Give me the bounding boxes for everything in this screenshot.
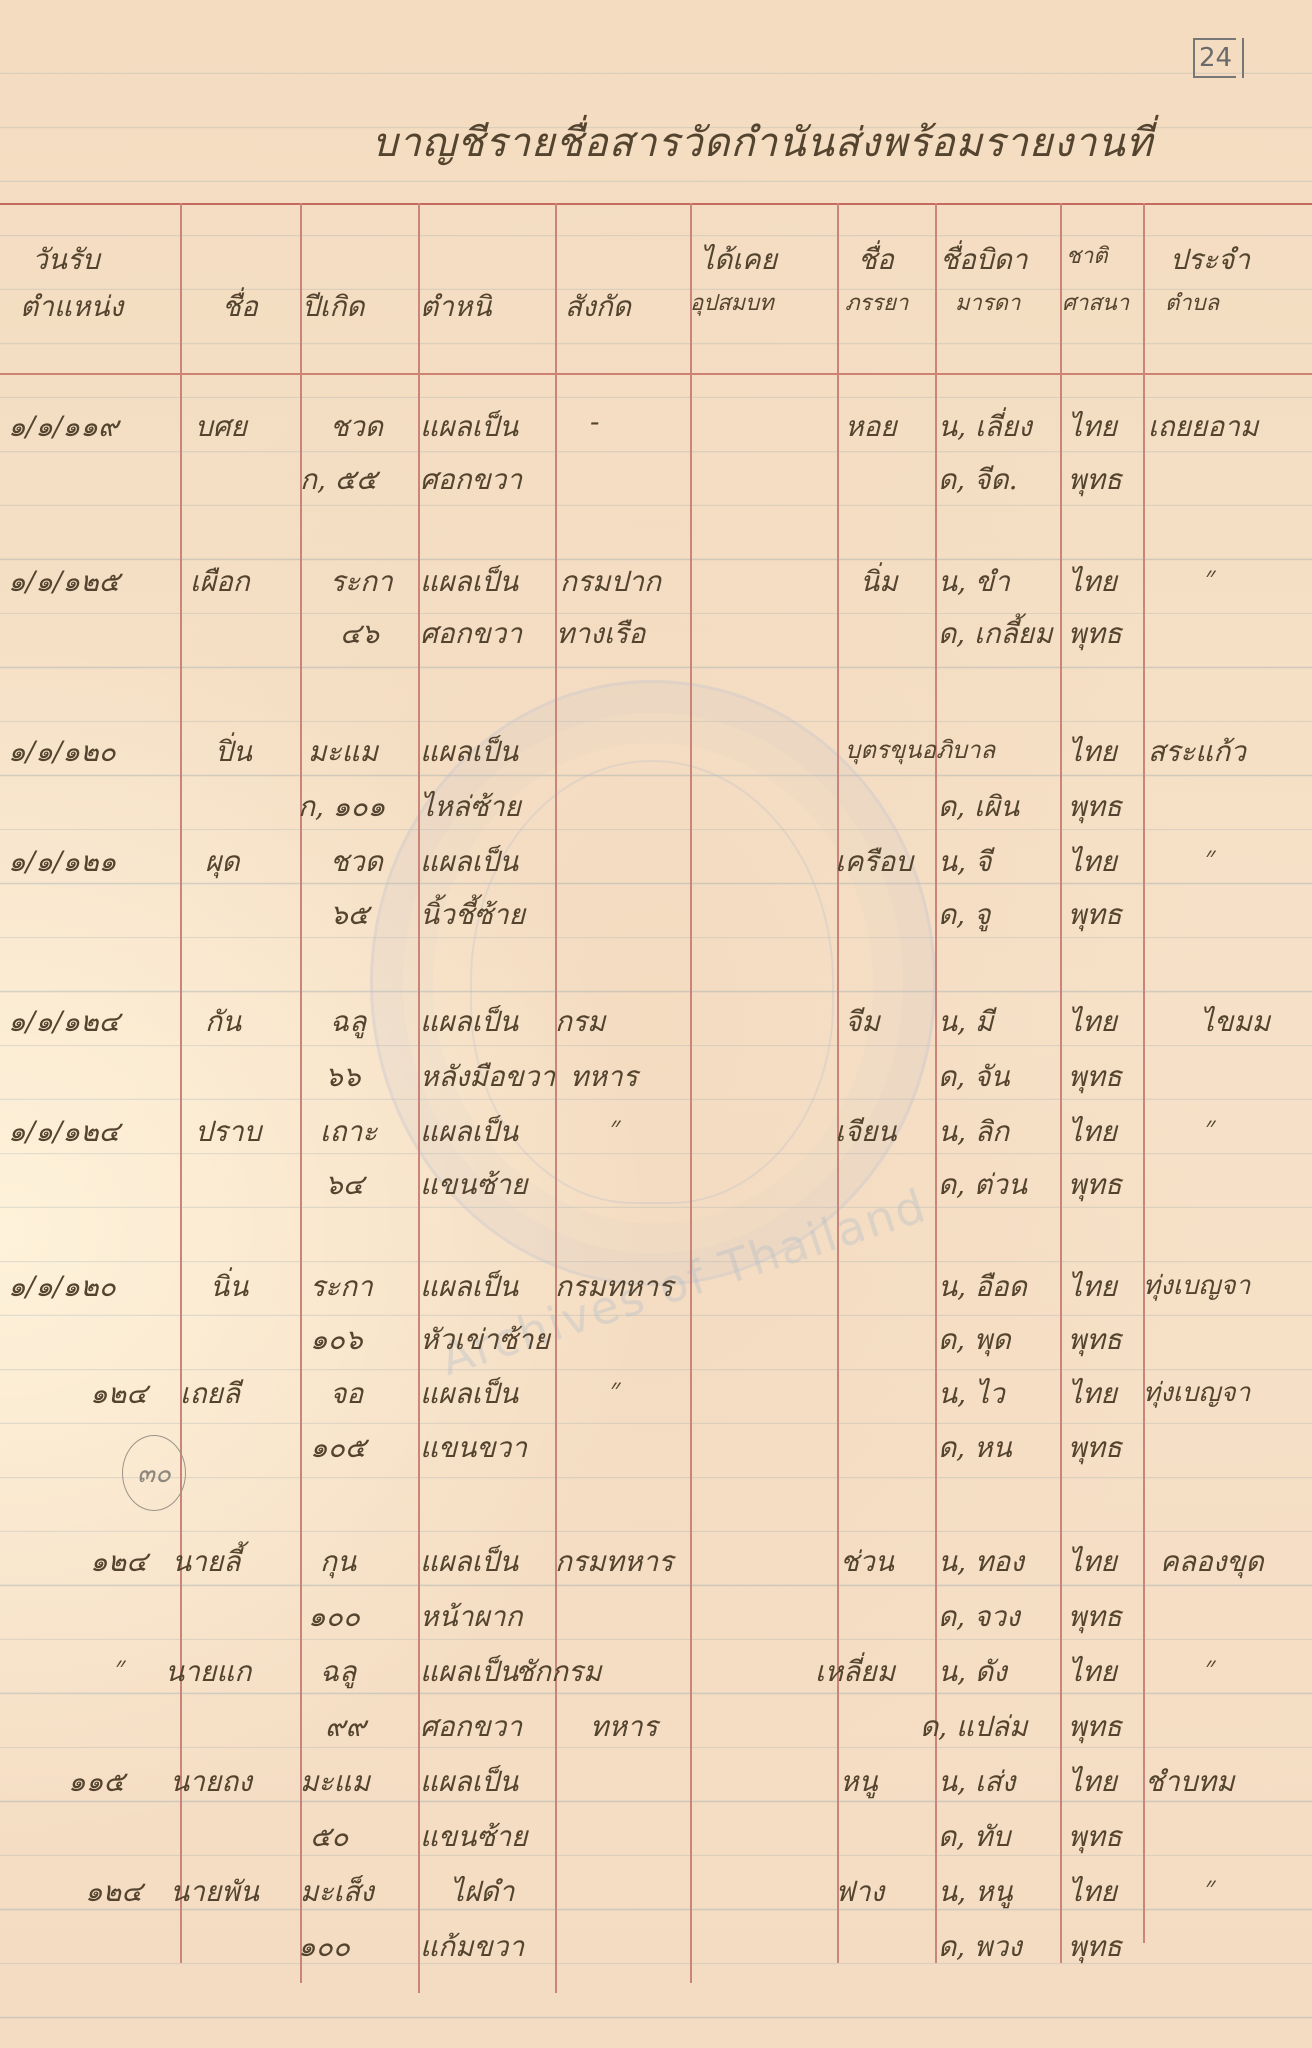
row-10-nationality: ไทย	[1068, 1650, 1117, 1694]
row-5-father: น, มี	[938, 1000, 993, 1044]
header-col-1-line1: วันรับ	[32, 238, 100, 282]
row-3-nationality: ไทย	[1068, 730, 1117, 774]
row-6-marks: แผลเป็น	[420, 1110, 518, 1154]
row-12-nationality: ไทย	[1068, 1870, 1117, 1914]
row-4-mother: ด, จู	[938, 893, 990, 937]
row-12-birth-year: มะเส็ง	[300, 1870, 374, 1914]
row-12-district: ״	[1205, 1870, 1216, 1904]
row-4-birth-year: ชวด	[330, 840, 383, 884]
row-8-affiliation: ״	[610, 1372, 621, 1406]
row-9-birth-year-2: ๑๐๐	[308, 1595, 360, 1639]
row-7-nationality: ไทย	[1068, 1265, 1117, 1309]
row-1-date: ๑/๑/๑๑๙	[8, 405, 118, 449]
row-2-nationality: ไทย	[1068, 560, 1117, 604]
row-5-religion: พุทธ	[1068, 1055, 1122, 1099]
row-5-marks: แผลเป็น	[420, 1000, 518, 1044]
row-2-affiliation-2: ทางเรือ	[556, 612, 645, 656]
row-11-district: ชำบทม	[1145, 1760, 1234, 1804]
column-divider	[1143, 203, 1145, 1943]
row-10-wife: เหลี่ยม	[815, 1650, 895, 1694]
header-col-affiliation: สังกัด	[565, 285, 631, 329]
row-5-affiliation: กรม	[555, 1000, 605, 1044]
row-10-birth-year-2: ๙๙	[325, 1705, 366, 1749]
row-8-mother: ด, หน	[938, 1426, 1012, 1470]
row-11-name: นายถง	[170, 1760, 252, 1804]
header-bottom-rule	[0, 373, 1312, 375]
row-2-wife: นิ่ม	[860, 560, 898, 604]
row-11-marks: แผลเป็น	[420, 1760, 518, 1804]
row-5-district: ไขมม	[1200, 1000, 1270, 1044]
header-col-ordained-line1: ได้เคย	[700, 238, 777, 282]
row-12-birth-year-2: ๑๐๐	[298, 1925, 350, 1969]
row-3-name: ปิ่น	[215, 730, 252, 774]
column-divider	[690, 203, 692, 1983]
row-10-affiliation-2: ทหาร	[590, 1705, 658, 1749]
row-1-father: น, เลี่ยง	[938, 405, 1032, 449]
row-8-district: ทุ่งเบญจา	[1143, 1372, 1250, 1413]
row-10-religion: พุทธ	[1068, 1705, 1122, 1749]
row-1-name: บศย	[195, 405, 247, 449]
row-7-marks: แผลเป็น	[420, 1265, 518, 1309]
row-5-name: กัน	[205, 1000, 241, 1044]
row-6-father: น, ลิก	[938, 1110, 1009, 1154]
row-7-district: ทุ่งเบญจา	[1143, 1265, 1250, 1306]
row-12-date: ๑๒๔	[85, 1870, 142, 1914]
row-1-wife: หอย	[845, 405, 897, 449]
row-8-religion: พุทธ	[1068, 1426, 1122, 1470]
row-8-nationality: ไทย	[1068, 1372, 1117, 1416]
header-col-ordained-line2: อุปสมบท	[690, 285, 774, 320]
row-10-father: น, ดัง	[938, 1650, 1007, 1694]
header-col-nationality-line2: ศาสนา	[1062, 285, 1129, 320]
row-1-marks-2: ศอกขวา	[420, 458, 522, 502]
row-8-birth-year: จอ	[330, 1372, 363, 1416]
row-7-birth-year: ระกา	[310, 1265, 373, 1309]
row-2-mother: ด, เกลี้ยม	[938, 612, 1053, 656]
column-divider	[935, 203, 937, 1963]
row-2-marks: แผลเป็น	[420, 560, 518, 604]
row-8-father: น, ไว	[938, 1372, 1005, 1416]
row-8-birth-year-2: ๑๐๕	[310, 1426, 366, 1470]
row-2-birth-year: ระกา	[330, 560, 393, 604]
row-11-nationality: ไทย	[1068, 1760, 1117, 1804]
row-3-marks-2: ไหล่ซ้าย	[420, 785, 521, 829]
row-10-mother: ด, แปล่ม	[920, 1705, 1027, 1749]
row-1-birth-year: ชวด	[330, 405, 383, 449]
page-number: 24	[1193, 38, 1236, 78]
header-col-parents-line1: ชื่อบิดา	[940, 238, 1028, 282]
row-12-father: น, หนู	[938, 1870, 1013, 1914]
row-10-name: นายแก	[165, 1650, 251, 1694]
row-6-name: ปราบ	[195, 1110, 261, 1154]
row-11-religion: พุทธ	[1068, 1815, 1122, 1859]
row-12-mother: ด, พวง	[938, 1925, 1022, 1969]
row-3-marks: แผลเป็น	[420, 730, 518, 774]
row-4-marks-2: นิ้วชี้ซ้าย	[420, 893, 525, 937]
row-5-mother: ด, จัน	[938, 1055, 1010, 1099]
row-2-district: ״	[1205, 560, 1216, 594]
header-col-wife-line1: ชื่อ	[858, 238, 894, 282]
row-4-wife: เครือบ	[835, 840, 913, 884]
column-divider	[1060, 203, 1062, 1963]
row-12-marks-2: แก้มขวา	[420, 1925, 524, 1969]
row-3-birth-year: มะแม	[308, 730, 378, 774]
row-7-religion: พุทธ	[1068, 1318, 1122, 1362]
margin-pencil-note: ๓๐	[122, 1435, 186, 1511]
row-9-marks: แผลเป็น	[420, 1540, 518, 1584]
page-title: บาญชีรายชื่อสารวัดกำนันส่งพร้อมรายงานที่	[372, 110, 1153, 174]
column-divider	[555, 203, 557, 1993]
row-7-marks-2: หัวเข่าซ้าย	[420, 1318, 550, 1362]
row-4-nationality: ไทย	[1068, 840, 1117, 884]
row-5-birth-year: ฉลู	[330, 1000, 366, 1044]
column-divider	[837, 203, 839, 1963]
row-7-name: นิ่น	[210, 1265, 248, 1309]
row-10-date: ״	[115, 1650, 126, 1684]
row-6-wife: เจียน	[835, 1110, 897, 1154]
row-9-birth-year: กุน	[320, 1540, 356, 1584]
row-10-affiliation: ชักกรม	[515, 1650, 601, 1694]
row-4-name: ผุด	[205, 840, 240, 884]
row-12-marks: ไฝดำ	[450, 1870, 514, 1914]
row-9-marks-2: หน้าผาก	[420, 1595, 522, 1639]
row-10-district: ״	[1205, 1650, 1216, 1684]
row-8-marks-2: แขนขวา	[420, 1426, 527, 1470]
row-4-district: ״	[1205, 840, 1216, 874]
row-11-birth-year: มะแม	[300, 1760, 370, 1804]
header-col-1-line2: ตำแหน่ง	[20, 285, 123, 329]
header-top-rule	[0, 203, 1312, 205]
row-6-marks-2: แขนซ้าย	[420, 1163, 527, 1207]
row-6-mother: ด, ต่วน	[938, 1163, 1027, 1207]
row-3-religion: พุทธ	[1068, 785, 1122, 829]
row-8-marks: แผลเป็น	[420, 1372, 518, 1416]
row-11-father: น, เส่ง	[938, 1760, 1015, 1804]
row-2-father: น, ขำ	[938, 560, 1010, 604]
row-5-affiliation-2: ทหาร	[570, 1055, 638, 1099]
row-3-district: สระแก้ว	[1148, 730, 1246, 774]
row-5-marks-2: หลังมือขวา	[420, 1055, 555, 1099]
row-12-religion: พุทธ	[1068, 1925, 1122, 1969]
row-6-nationality: ไทย	[1068, 1110, 1117, 1154]
row-2-birth-year-2: ๔๖	[340, 612, 379, 656]
row-10-marks: แผลเป็น	[420, 1650, 518, 1694]
header-col-parents-line2: มารดา	[955, 285, 1020, 320]
row-6-religion: พุทธ	[1068, 1163, 1122, 1207]
row-9-affiliation: กรมทหาร	[555, 1540, 673, 1584]
row-3-mother: ด, เผิน	[938, 785, 1019, 829]
row-5-wife: จีม	[845, 1000, 880, 1044]
row-6-district: ״	[1205, 1110, 1216, 1144]
row-6-birth-year: เถาะ	[320, 1110, 377, 1154]
row-7-date: ๑/๑/๑๒๐	[8, 1265, 116, 1309]
row-3-date: ๑/๑/๑๒๐	[8, 730, 116, 774]
header-col-marks: ตำหนิ	[420, 285, 492, 329]
row-7-birth-year-2: ๑๐๖	[310, 1318, 363, 1362]
row-6-date: ๑/๑/๑๒๔	[8, 1110, 120, 1154]
row-11-marks-2: แขนซ้าย	[420, 1815, 527, 1859]
row-12-wife: ฟาง	[835, 1870, 884, 1914]
row-4-birth-year-2: ๖๕	[330, 893, 369, 937]
row-1-marks: แผลเป็น	[420, 405, 518, 449]
row-1-religion: พุทธ	[1068, 458, 1122, 502]
row-6-affiliation: ״	[610, 1110, 621, 1144]
header-col-district-line2: ตำบล	[1165, 285, 1219, 320]
header-col-name: ชื่อ	[222, 285, 258, 329]
header-col-nationality-line1: ชาติ	[1066, 238, 1108, 273]
row-11-birth-year-2: ๕๐	[310, 1815, 348, 1859]
row-11-date: ๑๑๕	[68, 1760, 125, 1804]
row-9-date: ๑๒๔	[90, 1540, 147, 1584]
row-2-marks-2: ศอกขวา	[420, 612, 522, 656]
row-3-birth-year-2: ก, ๑๐๑	[298, 785, 385, 829]
row-1-affiliation: -	[590, 405, 599, 438]
row-4-date: ๑/๑/๑๒๑	[8, 840, 116, 884]
row-8-name: เถยลี	[180, 1372, 240, 1416]
row-5-date: ๑/๑/๑๒๔	[8, 1000, 120, 1044]
row-9-mother: ด, จวง	[938, 1595, 1020, 1639]
column-divider	[180, 203, 182, 1963]
row-12-name: นายพัน	[170, 1870, 259, 1914]
row-11-mother: ด, ทับ	[938, 1815, 1010, 1859]
row-9-father: น, ทอง	[938, 1540, 1024, 1584]
row-2-religion: พุทธ	[1068, 612, 1122, 656]
row-7-father: น, อือด	[938, 1265, 1027, 1309]
row-11-wife: หนู	[840, 1760, 878, 1804]
row-5-nationality: ไทย	[1068, 1000, 1117, 1044]
row-6-birth-year-2: ๖๔	[325, 1163, 364, 1207]
row-10-birth-year: ฉลู	[320, 1650, 356, 1694]
row-2-name: เผือก	[190, 560, 250, 604]
row-9-religion: พุทธ	[1068, 1595, 1122, 1639]
row-4-marks: แผลเป็น	[420, 840, 518, 884]
archive-seal-inner	[470, 760, 834, 1204]
row-9-nationality: ไทย	[1068, 1540, 1117, 1584]
row-2-date: ๑/๑/๑๒๕	[8, 560, 120, 604]
row-2-affiliation: กรมปาก	[560, 560, 661, 604]
row-7-affiliation: กรมทหาร	[555, 1265, 673, 1309]
row-4-father: น, จี	[938, 840, 991, 884]
row-9-wife: ช่วน	[840, 1540, 894, 1584]
row-1-nationality: ไทย	[1068, 405, 1117, 449]
row-3-father: บุตรขุนอภิบาล	[845, 730, 995, 769]
row-9-district: คลองขุด	[1160, 1540, 1264, 1584]
row-1-mother: ด, จีด.	[938, 458, 1017, 502]
row-7-mother: ด, พุด	[938, 1318, 1011, 1362]
header-col-birth-year: ปีเกิด	[302, 285, 364, 329]
row-8-date: ๑๒๔	[90, 1372, 147, 1416]
row-9-name: นายลี้	[172, 1540, 240, 1584]
row-5-birth-year-2: ๖๖	[325, 1055, 361, 1099]
row-4-religion: พุทธ	[1068, 893, 1122, 937]
header-col-district-line1: ประจำ	[1170, 238, 1250, 282]
row-1-district: เถยยอาม	[1148, 405, 1258, 449]
header-col-wife-line2: ภรรยา	[845, 285, 908, 320]
row-10-marks-2: ศอกขวา	[420, 1705, 522, 1749]
row-1-birth-year-2: ก, ๕๕	[300, 458, 377, 502]
